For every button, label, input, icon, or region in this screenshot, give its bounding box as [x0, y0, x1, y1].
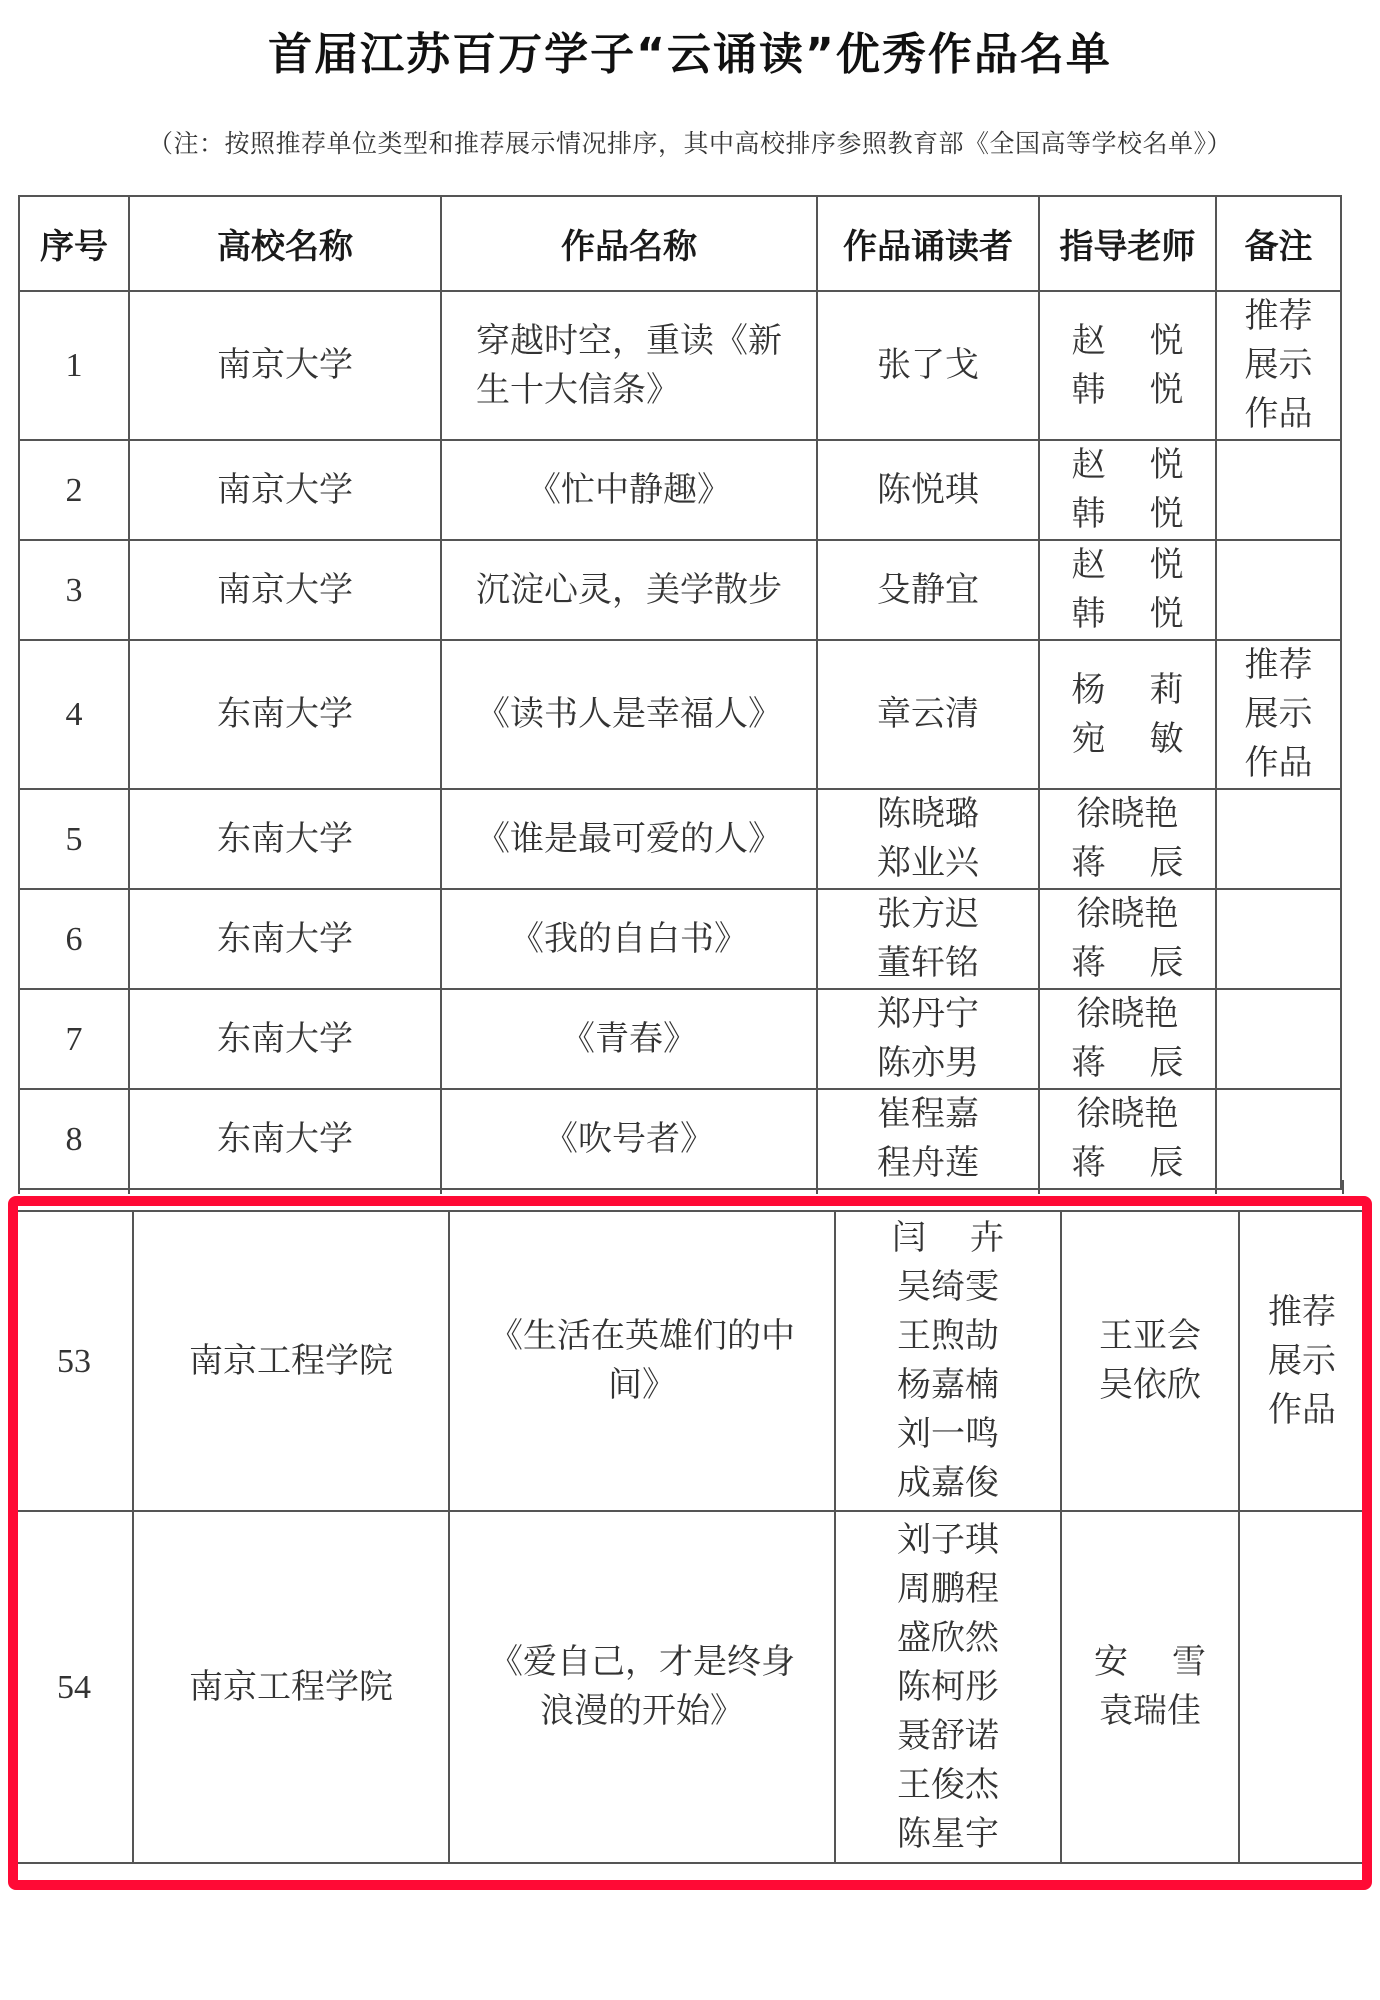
reader-names-line: 张方迟: [877, 890, 979, 939]
cell-school: 南京大学: [129, 540, 441, 640]
table-row: 7东南大学《青春》郑丹宁陈亦男徐晓艳蒋 辰: [19, 989, 1341, 1089]
table-row: 5东南大学《谁是最可爱的人》陈晓璐郑业兴徐晓艳蒋 辰: [19, 789, 1341, 889]
cell-no: 7: [19, 989, 129, 1089]
reader-names-line: 陈亦男: [877, 1039, 979, 1088]
reader-names-line: 陈晓璐: [877, 790, 979, 839]
work-title: 穿越时空，重读《新生十大信条》: [476, 317, 782, 415]
reader-names-line: 张了戈: [877, 341, 979, 390]
reader-names-line: 郑丹宁: [877, 990, 979, 1039]
table-row: 4东南大学《读书人是幸福人》章云清杨 莉宛 敏推荐展示作品: [19, 640, 1341, 789]
cell-teachers: 徐晓艳蒋 辰: [1039, 1089, 1216, 1189]
teacher-names: 赵 悦韩 悦: [1040, 541, 1215, 639]
teacher-names-entry: 蒋 辰: [1072, 1039, 1184, 1088]
cell-school: 东南大学: [129, 889, 441, 989]
work-title: 《吹号者》: [544, 1115, 714, 1164]
cell-work: 沉淀心灵，美学散步: [441, 540, 817, 640]
cell-work: 穿越时空，重读《新生十大信条》: [441, 291, 817, 440]
remark-text: 推荐展示作品: [1245, 292, 1313, 439]
cell-remark: [1216, 889, 1341, 989]
teacher-names-entry: 韩 悦: [1072, 366, 1184, 415]
cell-work: 《读书人是幸福人》: [441, 640, 817, 789]
cell-remark: 推荐展示作品: [1216, 291, 1341, 440]
cell-teachers: 徐晓艳蒋 辰: [1039, 789, 1216, 889]
reader-names: 章云清: [877, 690, 979, 739]
cell-no: 8: [19, 1089, 129, 1189]
cell-teachers: 赵 悦韩 悦: [1039, 440, 1216, 540]
work-title-line: 沉淀心灵，美学散步: [476, 566, 782, 615]
teacher-names: 徐晓艳蒋 辰: [1040, 890, 1215, 988]
cell-no: 4: [19, 640, 129, 789]
cell-work: 《我的自白书》: [441, 889, 817, 989]
cell-no: 6: [19, 889, 129, 989]
work-title-line: 穿越时空，重读《新: [476, 317, 782, 366]
reader-names: 殳静宜: [877, 566, 979, 615]
cell-school: 东南大学: [129, 989, 441, 1089]
work-title-line: 《我的自白书》: [510, 915, 748, 964]
header-school: 高校名称: [129, 196, 441, 291]
table-row: 3南京大学沉淀心灵，美学散步殳静宜赵 悦韩 悦: [19, 540, 1341, 640]
cell-remark: [1216, 540, 1341, 640]
cell-school: 东南大学: [129, 789, 441, 889]
reader-names-line: 董轩铭: [877, 939, 979, 988]
teacher-names-entry: 赵 悦: [1072, 541, 1184, 590]
cell-no: 2: [19, 440, 129, 540]
cell-teachers: 赵 悦韩 悦: [1039, 540, 1216, 640]
remark-text: 推荐展示作品: [1245, 641, 1313, 788]
cell-school: 南京大学: [129, 291, 441, 440]
work-title-line: 《读书人是幸福人》: [476, 690, 782, 739]
teacher-names: 赵 悦韩 悦: [1040, 317, 1215, 415]
table-row: 1南京大学穿越时空，重读《新生十大信条》张了戈赵 悦韩 悦推荐展示作品: [19, 291, 1341, 440]
work-title: 《忙中静趣》: [527, 466, 731, 515]
teacher-names-entry: 徐晓艳: [1040, 790, 1215, 839]
cell-readers: 崔程嘉程舟莲: [817, 1089, 1039, 1189]
remark-text-line: 推荐: [1245, 292, 1313, 341]
teacher-names-entry: 徐晓艳: [1040, 990, 1215, 1039]
work-title: 《谁是最可爱的人》: [476, 815, 782, 864]
remark-text-line: 作品: [1245, 739, 1313, 788]
table-row: 8东南大学《吹号者》崔程嘉程舟莲徐晓艳蒋 辰: [19, 1089, 1341, 1189]
header-work: 作品名称: [441, 196, 817, 291]
highlight-box: [8, 1196, 1372, 1890]
document-note: （注：按照推荐单位类型和推荐展示情况排序，其中高校排序参照教育部《全国高等学校名…: [0, 124, 1380, 160]
work-title: 沉淀心灵，美学散步: [476, 566, 782, 615]
work-title: 《读书人是幸福人》: [476, 690, 782, 739]
cell-readers: 陈晓璐郑业兴: [817, 789, 1039, 889]
header-readers: 作品诵读者: [817, 196, 1039, 291]
reader-names-line: 章云清: [877, 690, 979, 739]
remark-text-line: 展示: [1245, 341, 1313, 390]
teacher-names-entry: 蒋 辰: [1072, 939, 1184, 988]
cell-readers: 章云清: [817, 640, 1039, 789]
reader-names-line: 殳静宜: [877, 566, 979, 615]
teacher-names-entry: 赵 悦: [1072, 441, 1184, 490]
reader-names-line: 崔程嘉: [877, 1090, 979, 1139]
works-table: 序号 高校名称 作品名称 作品诵读者 指导老师 备注 1南京大学穿越时空，重读《…: [18, 195, 1342, 1190]
teacher-names-entry: 蒋 辰: [1072, 839, 1184, 888]
cell-school: 东南大学: [129, 640, 441, 789]
table-row: 2南京大学《忙中静趣》陈悦琪赵 悦韩 悦: [19, 440, 1341, 540]
cell-work: 《青春》: [441, 989, 817, 1089]
cell-readers: 张了戈: [817, 291, 1039, 440]
remark-text-line: 作品: [1245, 390, 1313, 439]
header-no: 序号: [19, 196, 129, 291]
work-title-line: 《忙中静趣》: [527, 466, 731, 515]
table-header-row: 序号 高校名称 作品名称 作品诵读者 指导老师 备注: [19, 196, 1341, 291]
cell-readers: 陈悦琪: [817, 440, 1039, 540]
teacher-names-entry: 宛 敏: [1072, 715, 1184, 764]
cell-school: 东南大学: [129, 1089, 441, 1189]
cell-work: 《谁是最可爱的人》: [441, 789, 817, 889]
teacher-names: 徐晓艳蒋 辰: [1040, 790, 1215, 888]
teacher-names-entry: 韩 悦: [1072, 590, 1184, 639]
cell-remark: [1216, 1089, 1341, 1189]
reader-names: 郑丹宁陈亦男: [877, 990, 979, 1088]
cell-remark: [1216, 989, 1341, 1089]
cell-remark: [1216, 789, 1341, 889]
table-continuation-edge: [18, 1180, 1344, 1194]
cell-no: 1: [19, 291, 129, 440]
reader-names: 张了戈: [877, 341, 979, 390]
header-remark: 备注: [1216, 196, 1341, 291]
cell-work: 《忙中静趣》: [441, 440, 817, 540]
cell-no: 3: [19, 540, 129, 640]
work-title-line: 生十大信条》: [476, 366, 782, 415]
work-title: 《青春》: [561, 1015, 697, 1064]
cell-work: 《吹号者》: [441, 1089, 817, 1189]
remark-text-line: 推荐: [1245, 641, 1313, 690]
cell-teachers: 杨 莉宛 敏: [1039, 640, 1216, 789]
cell-school: 南京大学: [129, 440, 441, 540]
cell-remark: [1216, 440, 1341, 540]
cell-no: 5: [19, 789, 129, 889]
teacher-names-entry: 杨 莉: [1072, 666, 1184, 715]
reader-names: 张方迟董轩铭: [877, 890, 979, 988]
cell-teachers: 赵 悦韩 悦: [1039, 291, 1216, 440]
cell-readers: 张方迟董轩铭: [817, 889, 1039, 989]
reader-names: 陈悦琪: [877, 466, 979, 515]
header-teachers: 指导老师: [1039, 196, 1216, 291]
teacher-names: 杨 莉宛 敏: [1040, 666, 1215, 764]
table-row: 6东南大学《我的自白书》张方迟董轩铭徐晓艳蒋 辰: [19, 889, 1341, 989]
teacher-names: 徐晓艳蒋 辰: [1040, 990, 1215, 1088]
teacher-names-entry: 韩 悦: [1072, 490, 1184, 539]
reader-names-line: 郑业兴: [877, 839, 979, 888]
cell-readers: 郑丹宁陈亦男: [817, 989, 1039, 1089]
cell-readers: 殳静宜: [817, 540, 1039, 640]
teacher-names-entry: 徐晓艳: [1040, 1090, 1215, 1139]
reader-names: 崔程嘉程舟莲: [877, 1090, 979, 1188]
teacher-names-entry: 徐晓艳: [1040, 890, 1215, 939]
work-title-line: 《谁是最可爱的人》: [476, 815, 782, 864]
reader-names-line: 陈悦琪: [877, 466, 979, 515]
teacher-names: 徐晓艳蒋 辰: [1040, 1090, 1215, 1188]
work-title: 《我的自白书》: [510, 915, 748, 964]
teacher-names-entry: 赵 悦: [1072, 317, 1184, 366]
work-title-line: 《青春》: [561, 1015, 697, 1064]
document-title: 首届江苏百万学子“云诵读”优秀作品名单: [0, 18, 1380, 82]
work-title-line: 《吹号者》: [544, 1115, 714, 1164]
cell-teachers: 徐晓艳蒋 辰: [1039, 989, 1216, 1089]
cell-teachers: 徐晓艳蒋 辰: [1039, 889, 1216, 989]
reader-names: 陈晓璐郑业兴: [877, 790, 979, 888]
teacher-names: 赵 悦韩 悦: [1040, 441, 1215, 539]
remark-text-line: 展示: [1245, 690, 1313, 739]
cell-remark: 推荐展示作品: [1216, 640, 1341, 789]
